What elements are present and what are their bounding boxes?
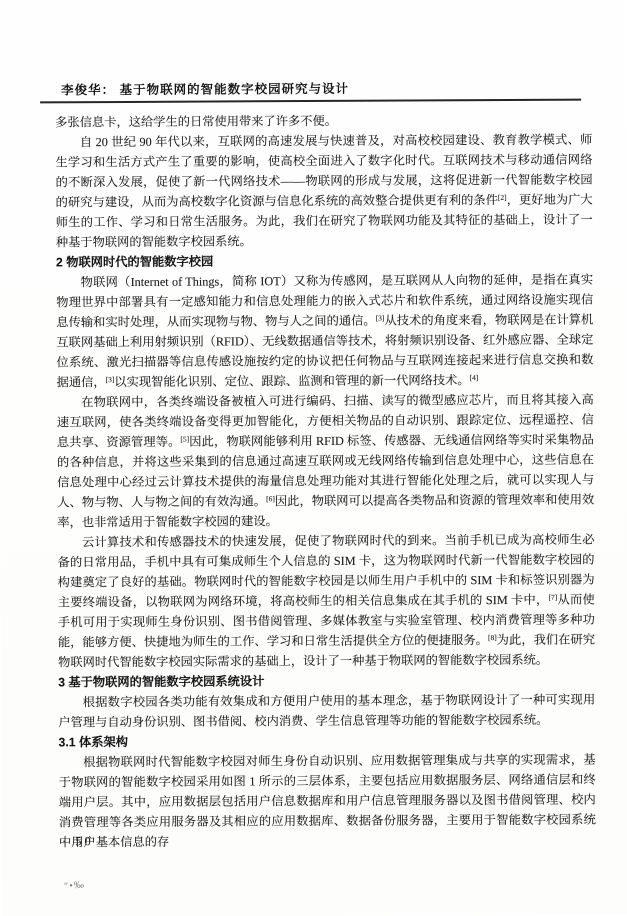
body-paragraph: 在物联网中，各类终端设备被植入可进行编码、扫描、读写的微型感应芯片，而且将其接入… [57,390,595,533]
scan-artifact-mark: ″•‰ [64,879,86,892]
body-paragraph: 根据数字校园各类功能有效集成和方便用户使用的基本理念，基于物联网设计了一种可实现… [58,690,595,733]
page-body: 多张信息卡，这给学生的日常使用带来了许多不便。自 20 世纪 90 年代以来，互… [55,110,596,853]
citation-superscript: [4] [470,373,479,382]
body-paragraph: 云计算技术和传感器技术的快速发展，促使了物联网时代的到来。当前手机已成为高校师生… [57,530,595,673]
citation-superscript: [7] [548,593,557,602]
citation-superscript: [3] [376,314,385,323]
running-header: 李俊华： 基于物联网的智能数字校园研究与设计 [61,79,349,99]
citation-superscript: [8] [488,633,497,642]
header-rule [40,99,581,104]
citation-superscript: [5] [180,435,189,444]
section-heading: 3 基于物联网的智能数字校园系统设计 [58,670,595,693]
page-number: · 50 · [62,834,107,849]
citation-superscript: [6] [266,494,275,503]
citation-superscript: [3] [106,375,115,384]
scanned-page: 李俊华： 基于物联网的智能数字校园研究与设计 多张信息卡，这给学生的日常使用带来… [0,0,627,916]
body-paragraph: 自 20 世纪 90 年代以来，互联网的高速发展与快速普及，对高校校园建设、教育… [55,130,593,253]
body-paragraph: 根据物联网时代智能数字校园对师生身份自动识别、应用数据管理集成与共享的实现需求，… [59,750,597,853]
subsection-heading: 3.1 体系架构 [58,730,595,753]
body-paragraph: 物联网（Internet of Things，简称 IOT）又称为传感网，是互联… [56,270,594,393]
citation-superscript: [2] [498,193,507,202]
body-paragraph: 多张信息卡，这给学生的日常使用带来了许多不便。 [55,110,592,133]
section-heading: 2 物联网时代的智能数字校园 [56,250,593,273]
